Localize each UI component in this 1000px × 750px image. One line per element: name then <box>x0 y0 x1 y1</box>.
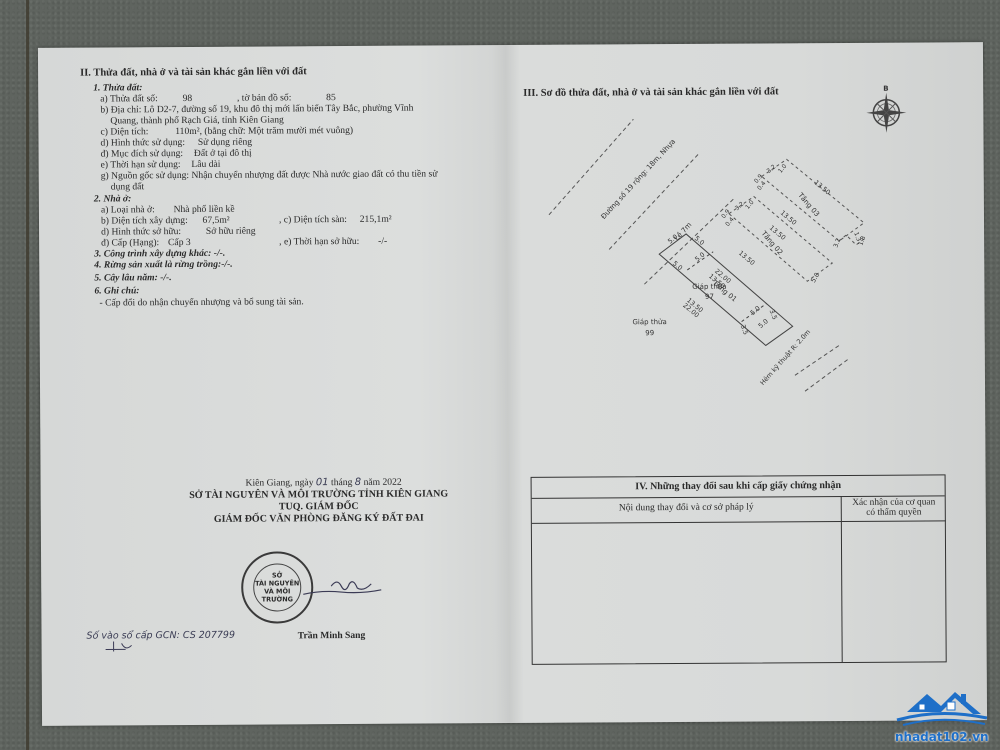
right-page: III. Sơ đồ thửa đất, nhà ở và tài sản kh… <box>493 42 987 723</box>
confirm-header-line-2: có thẩm quyền <box>842 507 946 518</box>
use-form-row: d) Hình thức sử dụng: Sử dụng riêng <box>100 137 252 149</box>
diagram-label-f3a: 3.2 <box>765 163 777 175</box>
parcel-number: 98 <box>183 93 193 104</box>
diagram-label-d_frontin: 5.0 <box>693 234 706 247</box>
house-type-label: a) Loại nhà ở: <box>101 204 155 215</box>
changes-content-cell <box>532 522 843 664</box>
notes-text: - Cấp đổi do nhận chuyển nhượng và bổ su… <box>99 296 303 308</box>
ownership-label: d) Hình thức sở hữu: <box>101 226 181 237</box>
production-forest: 4. Rừng sản xuất là rừng trồng:-/-. <box>94 259 232 271</box>
diagram-label-d_r2: 3.5 <box>739 324 750 336</box>
floor-area-label: , c) Diện tích sàn: <box>279 214 347 225</box>
changes-confirm-cell <box>842 521 947 662</box>
compass-icon: B <box>866 85 906 133</box>
signature-scribble <box>301 576 411 607</box>
place-date-prefix: Kiên Giang, ngày <box>246 477 314 488</box>
changes-col-content-header: Nội dung thay đổi và cơ sở pháp lý <box>532 496 842 524</box>
issuing-agency: SỞ TÀI NGUYÊN VÀ MÔI TRƯỜNG TỈNH KIÊN GI… <box>169 488 469 501</box>
diagram-label-north: B <box>883 85 888 93</box>
background-floor-crack <box>26 0 29 750</box>
watermark-logo: nhadat102.vn <box>889 684 994 744</box>
use-form-label: d) Hình thức sử dụng: <box>100 137 185 149</box>
left-page: II. Thửa đất, nhà ở và tài sản khác gắn … <box>38 45 492 726</box>
built-area-value: 67,5m² <box>203 215 230 226</box>
grade-label: đ) Cấp (Hạng): <box>101 237 159 248</box>
purpose-row: đ) Mục đích sử dụng: Đất ở tại đô thị <box>101 148 252 160</box>
floor-area-value: 215,1m² <box>360 214 392 225</box>
ownership-term-value: -/- <box>378 236 387 247</box>
changes-col-confirm-header: Xác nhận của cơ quan có thẩm quyền <box>842 495 946 522</box>
signer-name: Trần Minh Sang <box>272 630 392 642</box>
diagram-label-f3: Tầng 03 <box>796 191 821 219</box>
diagram-label-d_setback: 5.0 <box>671 259 684 272</box>
area-label: c) Diện tích: <box>100 126 148 137</box>
diagram-label-f2d: 1.0 <box>744 199 756 211</box>
signer-position: GIÁM ĐỐC VĂN PHÒNG ĐĂNG KÝ ĐẤT ĐAI <box>169 512 469 525</box>
diagram-label-f3la: 13.50 <box>813 179 832 197</box>
area-row: c) Diện tích: 110m², (bằng chữ: Một trăm… <box>100 125 353 138</box>
parcel-diagram: B Đường số 19 rộng: 18m, Nhựa Lề 7m Tầng… <box>493 82 985 405</box>
signing-month: 8 <box>355 477 361 488</box>
diagram-label-n99: Giáp thửa <box>632 318 666 326</box>
month-label: tháng <box>331 477 352 488</box>
area-value: 110m², (bằng chữ: Một trăm mười mét vuôn… <box>175 125 353 137</box>
grade-value: Cấp 3 <box>168 237 191 248</box>
map-sheet-number: 85 <box>326 92 336 103</box>
seal-line-2: TÀI NGUYÊN <box>255 579 299 587</box>
ownership-row: d) Hình thức sở hữu: Sở hữu riêng <box>101 226 256 238</box>
diagram-label-road: Đường số 19 rộng: 18m, Nhựa <box>600 138 678 221</box>
origin-line-2: dụng đất <box>111 181 144 192</box>
confirm-header-line-1: Xác nhận của cơ quan <box>842 497 946 508</box>
place-date: Kiên Giang, ngày 01 tháng 8 năm 2022 <box>189 476 459 489</box>
perennial-trees: 5. Cây lâu năm: -/-. <box>94 272 171 283</box>
land-heading: 1. Thửa đất: <box>93 82 142 93</box>
signing-year: năm 2022 <box>364 477 402 488</box>
diagram-label-f2lb: 13.50 <box>737 249 756 267</box>
house-type-value: Nhà phố liền kề <box>174 204 235 215</box>
ownership-term-label: , e) Thời hạn sở hữu: <box>279 236 359 247</box>
use-form-value: Sử dụng riêng <box>198 137 252 148</box>
parcel-label: a) Thửa đất số: <box>100 93 158 104</box>
term-value: Lâu dài <box>191 159 220 170</box>
floor-area-row: , c) Diện tích sàn: 215,1m² <box>279 214 392 226</box>
house-logo-icon <box>889 684 994 729</box>
land-certificate-document: II. Thửa đất, nhà ở và tài sản khác gắn … <box>38 42 987 726</box>
purpose-value: Đất ở tại đô thị <box>194 148 252 159</box>
grade-row: đ) Cấp (Hạng): Cấp 3 <box>101 237 191 249</box>
diagram-label-alley: Hẻm kỹ thuật R: 2.0m <box>759 328 813 387</box>
section-ii-title: II. Thửa đất, nhà ở và tài sản khác gắn … <box>80 66 307 78</box>
term-label: e) Thời hạn sử dụng: <box>101 159 181 170</box>
changes-table: IV. Những thay đổi sau khi cấp giấy chứn… <box>531 474 947 665</box>
signing-day: 01 <box>316 477 329 488</box>
purpose-label: đ) Mục đích sử dụng: <box>101 148 184 160</box>
map-sheet-label: , tờ bản đồ số: <box>237 92 291 103</box>
built-area-label: b) Diện tích xây dựng: <box>101 215 188 227</box>
diagram-label-f2w: 5.0 <box>809 271 821 284</box>
ownership-value: Sở hữu riêng <box>206 226 256 237</box>
house-heading: 2. Nhà ở: <box>94 193 131 204</box>
seal-center: SỞ TÀI NGUYÊN VÀ MÔI TRƯỜNG <box>253 563 301 611</box>
house-type-row: a) Loại nhà ở: Nhà phố liền kề <box>101 204 235 216</box>
seal-line-3: VÀ MÔI TRƯỜNG <box>254 587 300 603</box>
diagram-label-n97no: 97 <box>705 293 714 301</box>
origin-line-1: g) Nguồn gốc sử dụng: Nhận chuyển nhượng… <box>101 168 438 181</box>
diagram-label-f3lb: 13.50 <box>779 209 798 227</box>
built-area-row: b) Diện tích xây dựng: 67,5m² <box>101 215 230 227</box>
diagram-label-d_rw: 5.0 <box>749 304 762 317</box>
seal-line-1: SỞ <box>272 571 282 579</box>
term-row: e) Thời hạn sử dụng: Lâu dài <box>101 159 221 171</box>
diagram-label-n97: Giáp thửa <box>692 283 726 291</box>
diagram-label-d_r: 3.5 <box>768 308 779 320</box>
watermark-text: nhadat102.vn <box>895 730 989 744</box>
diagram-label-d_rw2: 5.0 <box>757 317 770 330</box>
other-works: 3. Công trình xây dựng khác: -/-. <box>94 248 225 260</box>
initials-scribble <box>104 639 144 655</box>
on-behalf-of: TUQ. GIÁM ĐỐC <box>169 500 469 513</box>
ownership-term-row: , e) Thời hạn sở hữu: -/- <box>279 236 387 248</box>
diagram-label-d_setback2: 5.0 <box>693 251 706 264</box>
diagram-label-n99no: 99 <box>645 329 654 337</box>
notes-heading: 6. Ghi chú: <box>94 285 139 296</box>
